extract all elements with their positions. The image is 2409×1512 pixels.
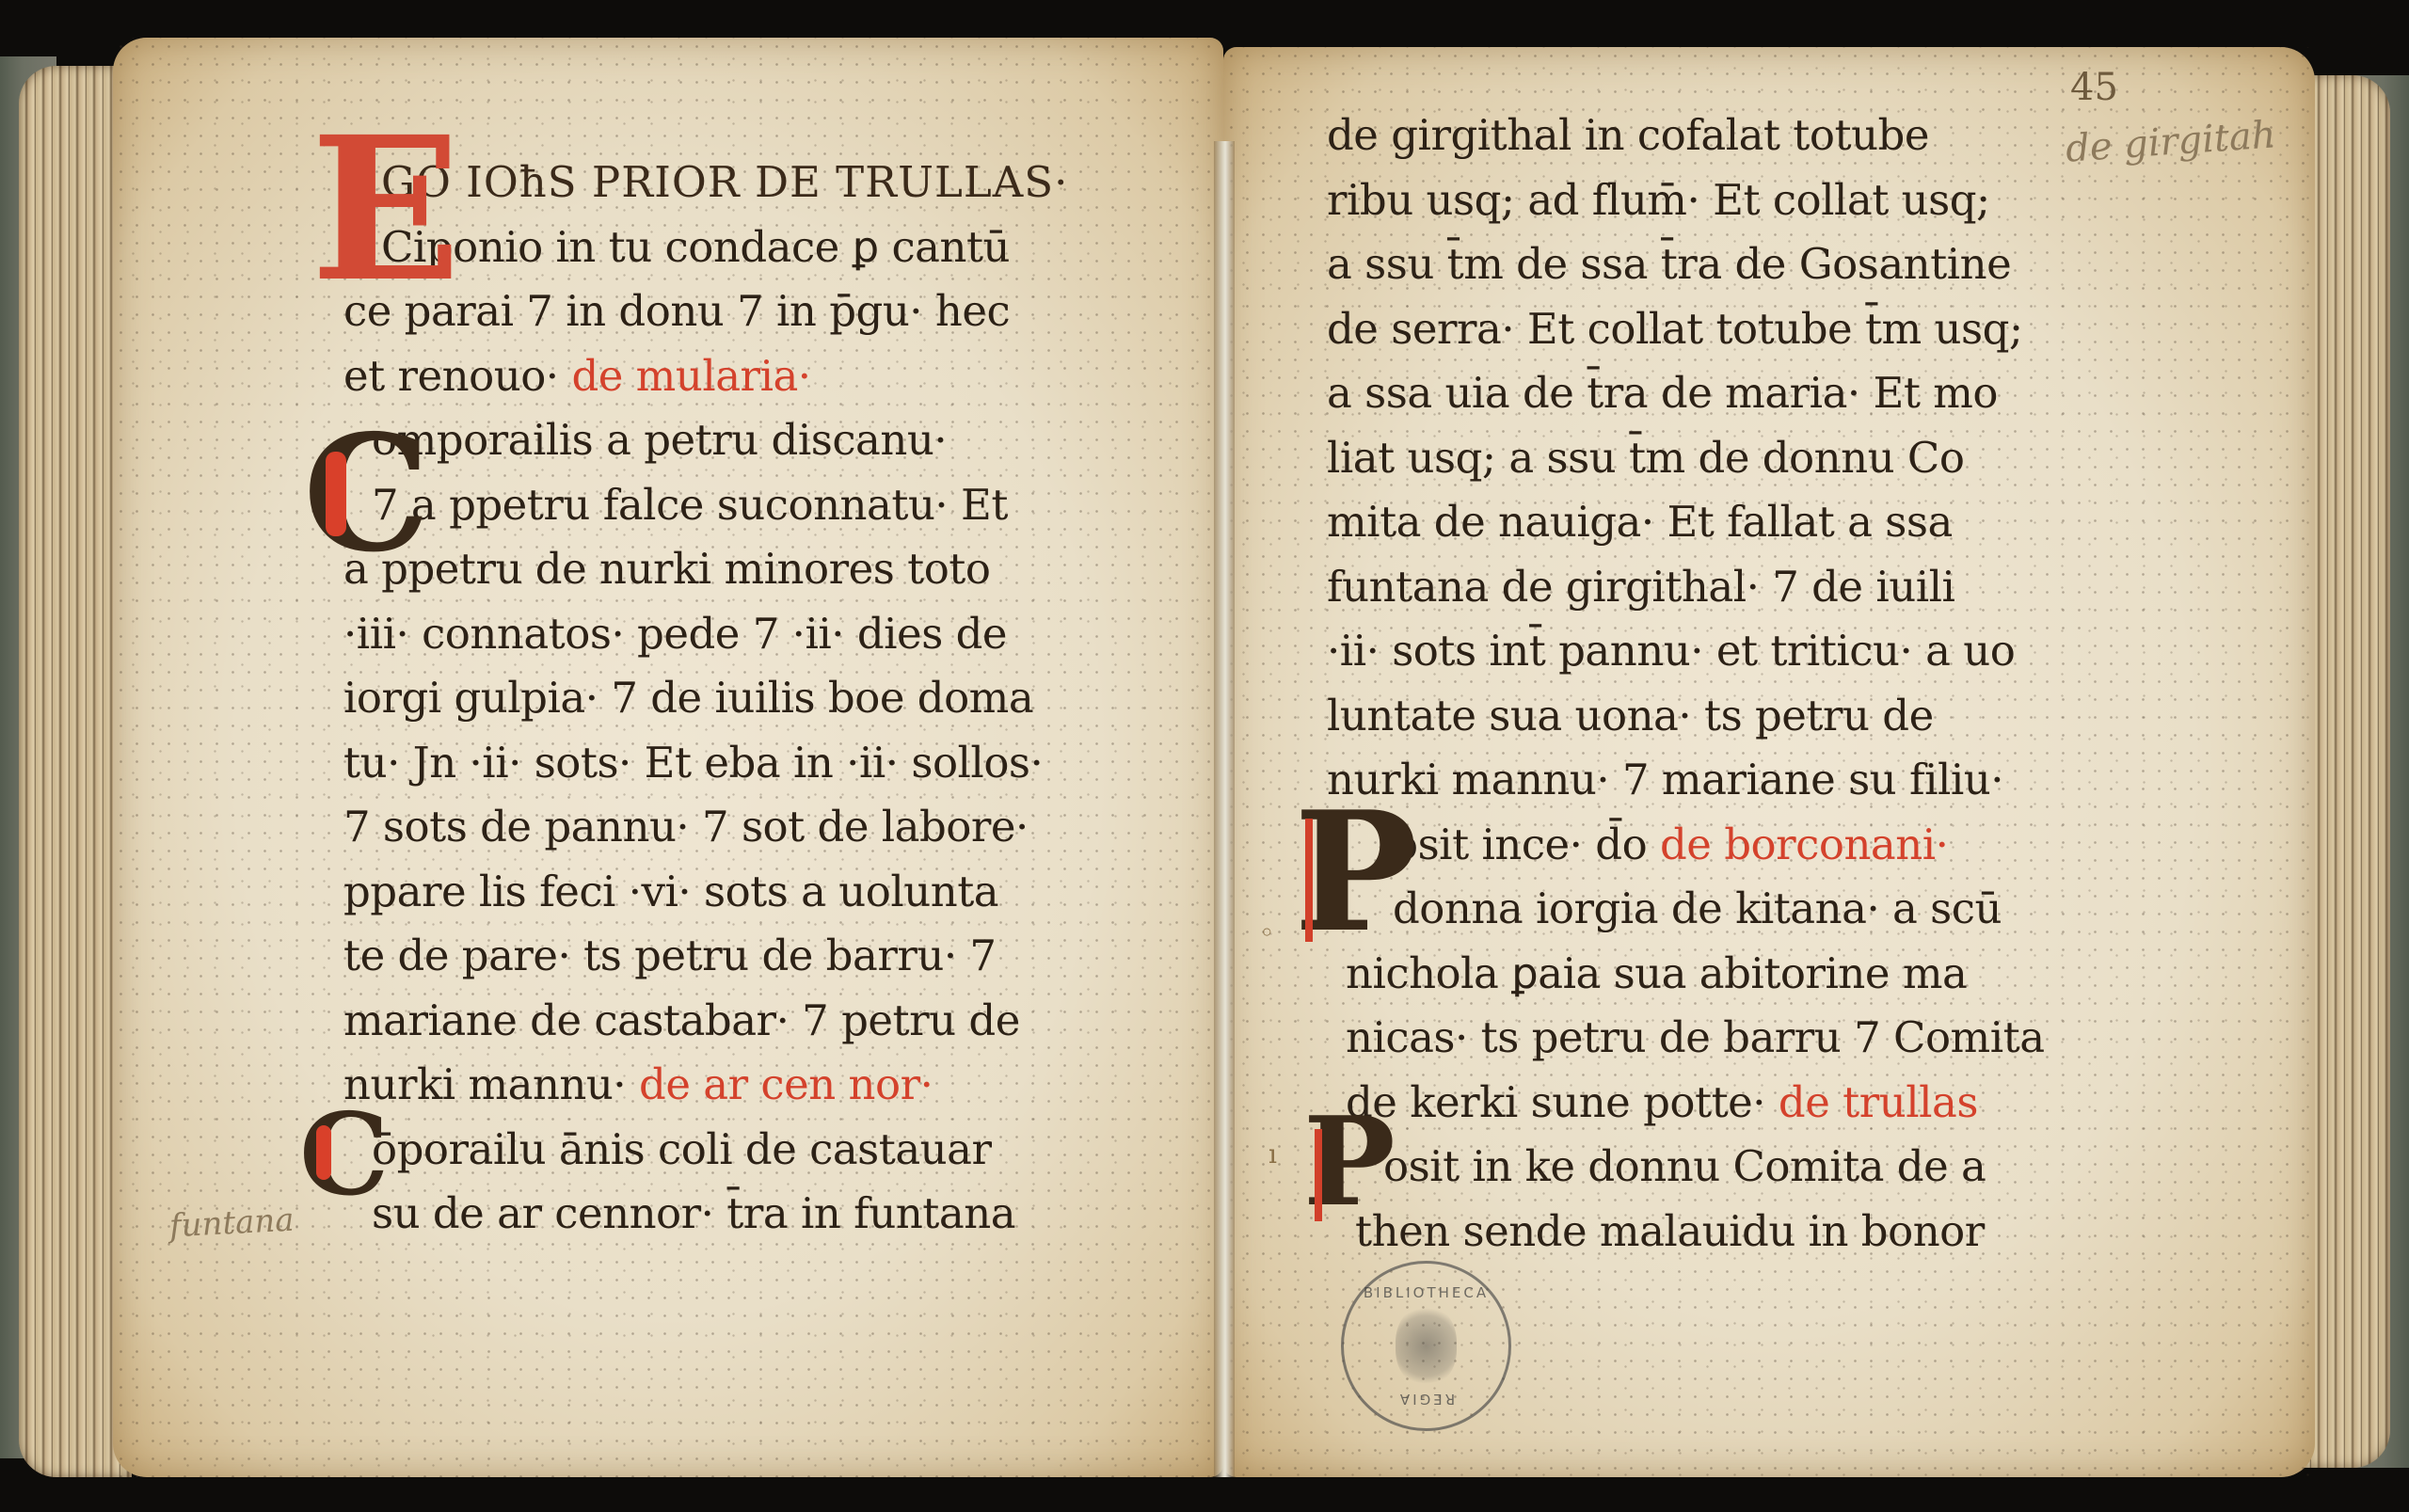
text-line: Ciponio in tu condace ꝑ cantū <box>343 215 1153 280</box>
text-line: funtana de girgithal· 7 de iuili <box>1327 555 2155 620</box>
initial-red-stroke <box>1315 1129 1322 1221</box>
text-line: nurki mannu· 7 mariane su filiu· <box>1327 748 2155 813</box>
text-line: donna iorgia de kitana· a scū <box>1327 877 2155 942</box>
rubric: de ar cen nor· <box>639 1059 933 1109</box>
line-text: et renouo· <box>343 351 559 401</box>
initial-red-fill <box>316 1125 331 1180</box>
text-line: de kerki sune potte· de trullas <box>1327 1071 2155 1136</box>
text-line: 7 sots de pannu· 7 sot de labore· <box>343 795 1153 860</box>
initial-red-fill <box>326 452 346 536</box>
text-line: te de pare· ts petru de barru· 7 <box>343 924 1153 989</box>
text-line: tu· Jn ·ii· sots· Et eba in ·ii· sollos· <box>343 731 1153 796</box>
text-line: omporailis a petru discanu· <box>343 408 1153 473</box>
line-text: de kerki sune potte· <box>1346 1077 1765 1127</box>
text-line: osit ince· d̄o de borconani· <box>1327 813 2155 878</box>
text-line: osit in ke donnu Comita de a <box>1327 1135 2155 1200</box>
left-page-text: GO IOħS PRIOR DE TRULLAS· Ciponio in tu … <box>343 151 1153 1247</box>
decorated-initial-p: P <box>1294 790 1418 955</box>
decorated-initial-c: C <box>303 414 430 574</box>
text-line: ·ii· sots int̄ pannu· et triticu· a uo <box>1327 619 2155 684</box>
rubric: de trullas <box>1779 1077 1978 1127</box>
decorated-initial-p-second: P <box>1303 1101 1396 1223</box>
stamp-top-text: BIBLIOTHECA <box>1344 1284 1508 1301</box>
text-line: GO IOħS PRIOR DE TRULLAS· <box>343 151 1153 215</box>
text-line: nicas· ts petru de barru 7 Comita <box>1327 1006 2155 1071</box>
text-line: ·iii· connatos· pede 7 ·ii· dies de <box>343 602 1153 667</box>
text-line: nurki mannu· de ar cen nor· <box>343 1053 1153 1118</box>
library-stamp: BIBLIOTHECA REGIA <box>1341 1261 1511 1431</box>
text-line: a ssu t̄m de ssa t̄ra de Gosantine <box>1327 232 2155 297</box>
text-line: ōporailu ānis coli de castauar <box>343 1118 1153 1183</box>
rubric: de borconani· <box>1660 820 1948 869</box>
text-line: liat usq; a ssu t̄m de donnu Co <box>1327 426 2155 491</box>
text-line: et renouo· de mularia· <box>343 344 1153 409</box>
rubric: de mularia· <box>571 351 810 401</box>
initial-letter: C <box>299 1089 390 1221</box>
margin-mark: ◦ <box>1259 917 1275 948</box>
text-line: de serra· Et collat totube t̄m usq; <box>1327 297 2155 362</box>
right-page-text: de girgithal in cofalat totube ribu usq;… <box>1327 103 2155 1264</box>
text-line: iorgi gulpia· 7 de iuilis boe doma <box>343 666 1153 731</box>
initial-red-stroke <box>1305 819 1313 942</box>
text-line: de girgithal in cofalat totube <box>1327 103 2155 168</box>
text-line: luntate sua uona· ts petru de <box>1327 684 2155 749</box>
stamp-bottom-text: REGIA <box>1344 1391 1508 1408</box>
text-line: ppare lis feci ·vi· sots a uolunta <box>343 860 1153 925</box>
text-line: a ssa uia de t̄ra de maria· Et mo <box>1327 361 2155 426</box>
decorated-initial-e: E <box>311 111 461 309</box>
marginal-note-funtana: funtana <box>168 1202 295 1246</box>
manuscript-photo: E C C GO IOħS PRIOR DE TRULLAS· Ciponio … <box>0 0 2409 1512</box>
stamp-emblem-icon <box>1396 1306 1457 1386</box>
margin-mark: ı <box>1268 1138 1277 1170</box>
gutter <box>1214 141 1235 1477</box>
text-line: 7 a ppetru falce suconnatu· Et <box>343 473 1153 538</box>
text-line: mariane de castabar· 7 petru de <box>343 989 1153 1054</box>
text-line: ribu usq; ad flum̄· Et collat usq; <box>1327 168 2155 233</box>
text-line: ce parai 7 in donu 7 in p̄gu· hec <box>343 279 1153 344</box>
decorated-initial-c-second: C <box>299 1099 390 1212</box>
initial-letter: C <box>303 400 430 588</box>
text-line: a ppetru de nurki minores toto <box>343 537 1153 602</box>
text-line: then sende malauidu in bonor <box>1327 1200 2155 1265</box>
text-line: su de ar cennor· t̄ra in funtana <box>343 1182 1153 1247</box>
text-line: nichola ꝑaia sua abitorine ma <box>1327 942 2155 1007</box>
text-line: mita de nauiga· Et fallat a ssa <box>1327 490 2155 555</box>
line-text: osit ince· d̄o <box>1393 820 1647 869</box>
